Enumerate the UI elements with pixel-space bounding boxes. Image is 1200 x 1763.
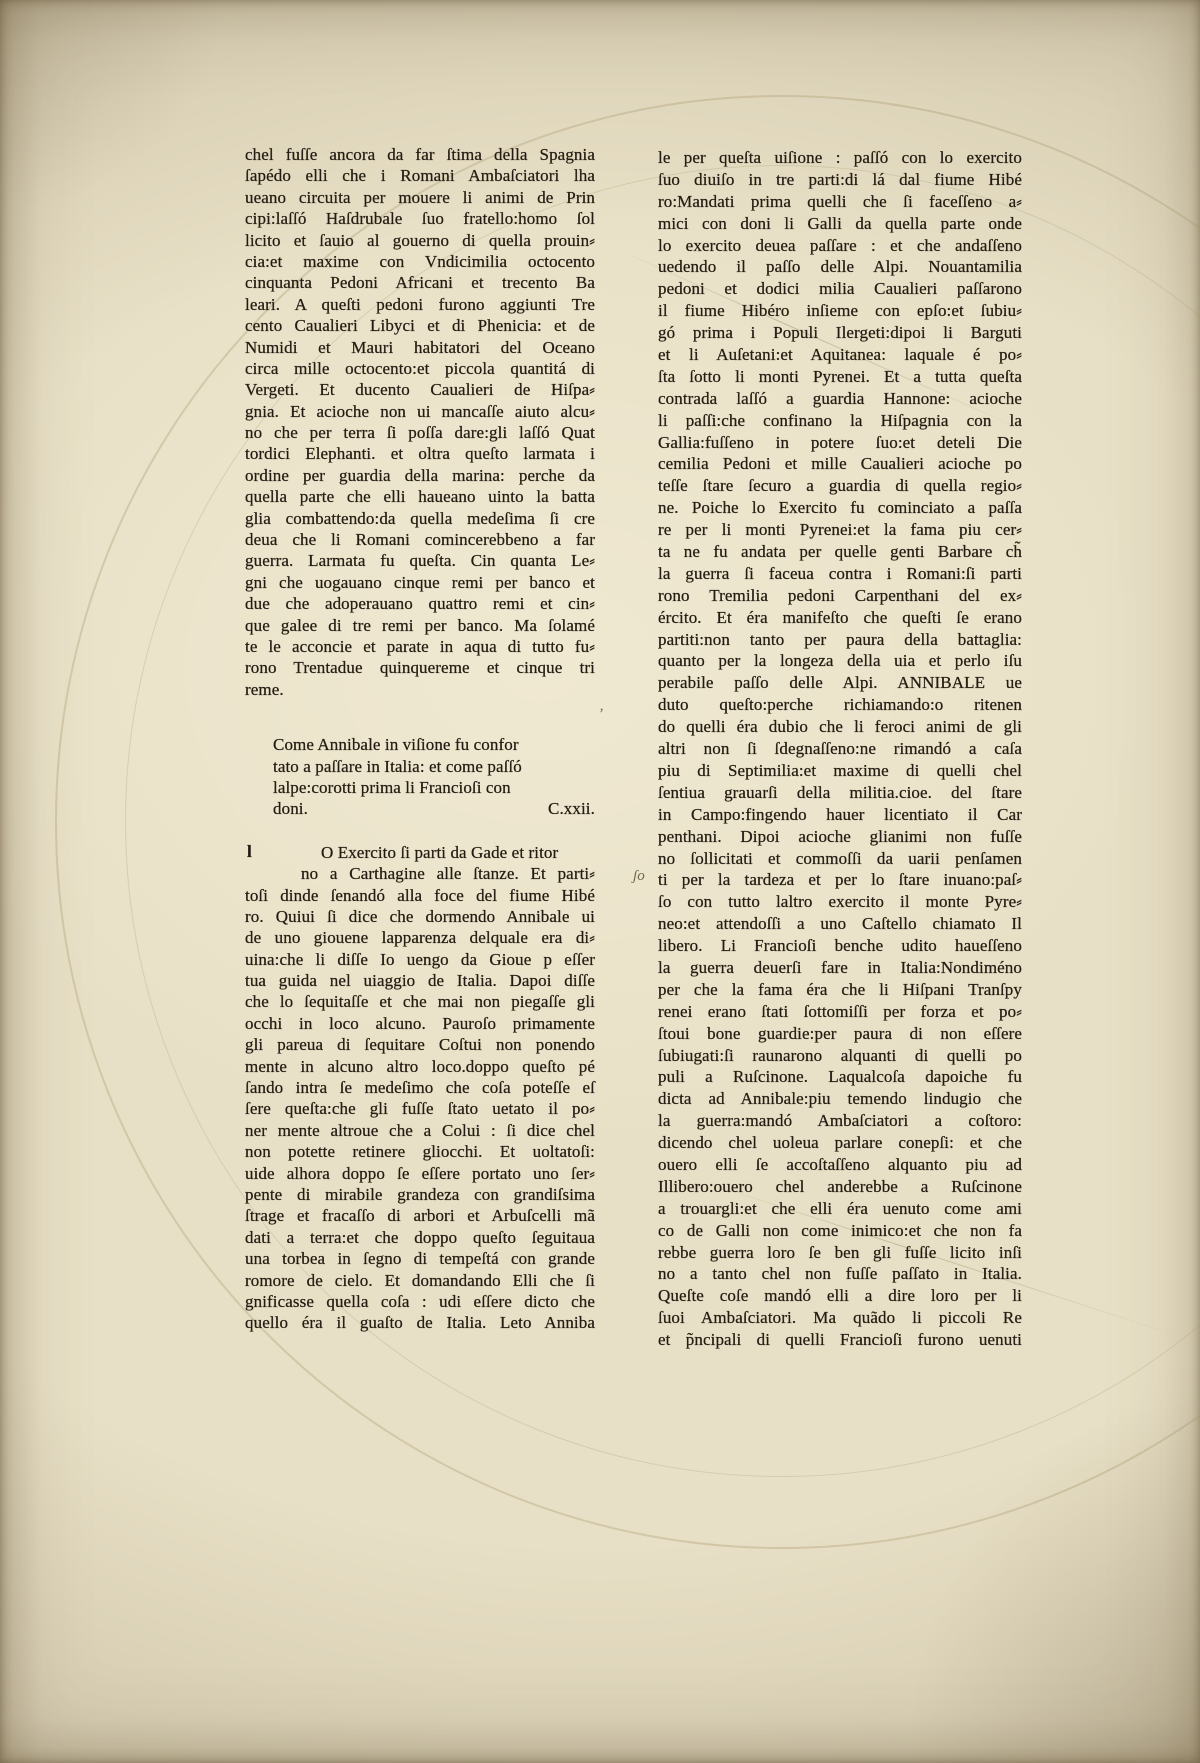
text-line: quella parte che elli haueano uinto la b… xyxy=(245,486,595,507)
text-line: Illibero:ouero chel anderebbe a Ruſcinon… xyxy=(658,1176,1022,1198)
text-line: la guerra deuerſi fare in Italia:Nondimé… xyxy=(658,957,1022,979)
text-line: ſta ſotto li monti Pyrenei. Et a tutta q… xyxy=(658,366,1022,388)
right-column-lines: le per queſta uiſione : paſſó con lo exe… xyxy=(658,147,1022,1351)
text-line: uide alhora doppo ſe eſſere portato uno … xyxy=(245,1163,595,1184)
text-line: le per queſta uiſione : paſſó con lo exe… xyxy=(658,147,1022,169)
chapter-heading-last-line: doni. C.xxii. xyxy=(273,798,595,819)
text-line: ſere queſta:che gli fuſſe ſtato uetato i… xyxy=(245,1098,595,1119)
marginal-mark: ʃo xyxy=(633,868,645,885)
blind-stamp-outer-circle xyxy=(55,95,1200,1549)
text-line: ſo con tutto laltro exercito il monte Py… xyxy=(658,891,1022,913)
text-line: mente in alcuno altro loco.doppo queſto … xyxy=(245,1056,595,1077)
text-line: guerra. Larmata fu queſta. Cin quanta Le… xyxy=(245,550,595,571)
right-column: le per queſta uiſione : paſſó con lo exe… xyxy=(658,147,1022,1351)
text-line: uina:che li diſſe Io uengo da Gioue p eſ… xyxy=(245,949,595,970)
text-line: ército. Et éra manifeſto che queſti ſe e… xyxy=(658,607,1022,629)
paragraph-lines: toſi dinde ſenandó alla foce del fiume H… xyxy=(245,885,595,1334)
text-line: cipi:laſſó Haſdrubale ſuo fratello:homo … xyxy=(245,208,595,229)
text-line: toſi dinde ſenandó alla foce del fiume H… xyxy=(245,885,595,906)
book-page-scan: chel fuſſe ancora da far ſtima della Spa… xyxy=(0,0,1200,1763)
text-line: cento Caualieri Libyci et di Phenicia: e… xyxy=(245,315,595,336)
text-line: puli a Ruſcinone. Laqualcoſa dapoiche fu xyxy=(658,1066,1022,1088)
chapter-paragraph: l O Exercito ſi parti da Gade et ritor n… xyxy=(245,842,595,1334)
text-line: che lo ſequitaſſe et che mai non piegaſſ… xyxy=(245,991,595,1012)
text-line: rebbe guerra loro ſe ben gli fuſſe licit… xyxy=(658,1242,1022,1264)
text-line: ſuo diuiſo in tre parti:di lá dal fiume … xyxy=(658,169,1022,191)
text-line: ueano circuita per mouere li animi de Pr… xyxy=(245,187,595,208)
text-line: ro:Mandati prima quelli che ſi faceſſeno… xyxy=(658,191,1022,213)
text-line: ſuoi Ambaſciatori. Ma quãdo li piccoli R… xyxy=(658,1307,1022,1329)
text-line: gni che uogauano cinque remi per banco e… xyxy=(245,572,595,593)
text-line: ſtrage et fracaſſo di arbori et Arbuſcel… xyxy=(245,1205,595,1226)
text-line: gli pareua di ſequitare Coſtui non ponen… xyxy=(245,1034,595,1055)
text-line: dicta ad Annibale:piu temendo lindugio c… xyxy=(658,1088,1022,1110)
text-line: leari. A queſti pedoni furono aggiunti T… xyxy=(245,294,595,315)
text-line: ſtoui bone guardie:per paura di non eſſe… xyxy=(658,1023,1022,1045)
text-line: ta ne fu andata per quelle genti Barbare… xyxy=(658,541,1022,563)
text-line: ſentiua grauarſi della militia.cioe. del… xyxy=(658,782,1022,804)
text-line: no ſollicitati et commoſſi da uarii penſ… xyxy=(658,848,1022,870)
text-line: ordine per guardia della marina: perche … xyxy=(245,465,595,486)
text-line: cinquanta Pedoni Africani et trecento Ba xyxy=(245,272,595,293)
text-line: a trouargli:et che elli éra uenuto come … xyxy=(658,1198,1022,1220)
chapter-number: C.xxii. xyxy=(548,798,595,819)
text-line: una torbea in ſegno di tempeſtá con gran… xyxy=(245,1248,595,1269)
text-line: re per li monti Pyrenei:et la fama piu c… xyxy=(658,519,1022,541)
text-line: circa mille octocento:et piccola quantit… xyxy=(245,358,595,379)
text-line: ſando intra ſe medeſimo che coſa poteſſe… xyxy=(245,1077,595,1098)
text-line: lalpe:corotti prima li Francioſi con xyxy=(273,777,595,798)
text-line: dati a terra:et che doppo queſto ſeguita… xyxy=(245,1227,595,1248)
text-line: et p̃ncipali di quelli Francioſi furono … xyxy=(658,1329,1022,1351)
text-line: co de Galli non come inimico:et che non … xyxy=(658,1220,1022,1242)
text-line: pente di mirabile grandeza con grandiſsi… xyxy=(245,1184,595,1205)
text-line: piu di Septimilia:et maxime di quelli ch… xyxy=(658,760,1022,782)
left-column: chel fuſſe ancora da far ſtima della Spa… xyxy=(245,144,595,1334)
text-line: quello éra il guaſto de Italia. Leto Ann… xyxy=(245,1312,595,1333)
text-line: mici con doni li Galli da quella parte o… xyxy=(658,213,1022,235)
text-line: occhi in loco alcuno. Pauroſo primamente xyxy=(245,1013,595,1034)
text-line: te le acconcie et parate in aqua di tutt… xyxy=(245,636,595,657)
text-line: teſſe ſtare ſecuro a guardia di quella r… xyxy=(658,475,1022,497)
text-line: altri non ſi ſdegnaſſeno:ne rimandó a ca… xyxy=(658,738,1022,760)
text-line: Numidi et Mauri habitatori del Oceano xyxy=(245,337,595,358)
text-line: il fiume Hibéro inſieme con epſo:et ſubi… xyxy=(658,300,1022,322)
text-line: penthani. Dipoi acioche glianimi non fuſ… xyxy=(658,826,1022,848)
text-line: ſubiugati:ſi raunarono alquanti di quell… xyxy=(658,1045,1022,1067)
text-line: per che la fama éra che li Hiſpani Tranſ… xyxy=(658,979,1022,1001)
text-line: in Campo:fingendo hauer licentiato il Ca… xyxy=(658,804,1022,826)
text-line: Vergeti. Et ducento Caualieri de Hiſpa⸗ xyxy=(245,379,595,400)
text-line: duto queſto:perche richiamando:o ritenen xyxy=(658,694,1022,716)
text-line: uedendo il paſſo delle Alpi. Nouantamili… xyxy=(658,256,1022,278)
text-line: Gallia:fuſſeno in potere ſuo:et deteli D… xyxy=(658,432,1022,454)
marginal-mark: ’ xyxy=(598,706,603,723)
text-line: ne. Poiche lo Exercito fu cominciato a p… xyxy=(658,497,1022,519)
text-line: ti per la tardeza et per lo ſtare inuano… xyxy=(658,869,1022,891)
text-line: gnia. Et acioche non ui mancaſſe aiuto a… xyxy=(245,401,595,422)
text-line: renei erano ſtati ſottomiſſi per forza e… xyxy=(658,1001,1022,1023)
text-line: do quelli éra dubio che li feroci animi … xyxy=(658,716,1022,738)
text-line: contrada laſſó a guardia Hannone: acioch… xyxy=(658,388,1022,410)
chapter-heading: Come Annibale in viſione fu confortato a… xyxy=(273,734,595,820)
text-line: tato a paſſare in Italia: et come paſſó xyxy=(273,756,595,777)
text-line: dicendo chel uoleua parlare conepſi: et … xyxy=(658,1132,1022,1154)
text-line: romore de cielo. Et domandando Elli che … xyxy=(245,1270,595,1291)
text-line: neo:et attendoſſi a uno Caſtello chiamat… xyxy=(658,913,1022,935)
text-line: cia:et maxime con Vndicimilia octocento xyxy=(245,251,595,272)
text-line: cemilia Pedoni et mille Caualieri acioch… xyxy=(658,453,1022,475)
text-line: et li Auſetani:et Aquitanea: laquale é p… xyxy=(658,344,1022,366)
text-line: rono Trentadue quinquereme et cinque tri xyxy=(245,657,595,678)
text-line: rono Tremilia pedoni Carpenthani del ex⸗ xyxy=(658,585,1022,607)
chapter-heading-lines: Come Annibale in viſione fu confortato a… xyxy=(273,734,595,798)
text-line: no che per terra ſi poſſa dare:gli laſſó… xyxy=(245,422,595,443)
text-line: gnificasse quella coſa : udi eſſere dict… xyxy=(245,1291,595,1312)
text-line: ſapédo elli che i Romani Ambaſciatori lh… xyxy=(245,165,595,186)
text-line: perabile paſſo delle Alpi. ANNIBALE ue xyxy=(658,672,1022,694)
left-intro-block: chel fuſſe ancora da far ſtima della Spa… xyxy=(245,144,595,679)
text-line: deua che li Romani comincerebbeno a far xyxy=(245,529,595,550)
text-line: li paſſi:che confinano la Hiſpagnia con … xyxy=(658,410,1022,432)
text-line: ouero elli ſe accoſtaſſeno alquanto piu … xyxy=(658,1154,1022,1176)
paragraph-first-line: O Exercito ſi parti da Gade et ritor xyxy=(245,842,595,863)
text-line: quanto per la longeza della uia et perlo… xyxy=(658,650,1022,672)
paragraph-second-line: no a Carthagine alle ſtanze. Et parti⸗ xyxy=(245,863,595,884)
text-line: tordici Elephanti. et oltra queſto larma… xyxy=(245,443,595,464)
text-line: partiti:non tanto per paura della battag… xyxy=(658,629,1022,651)
text-line: ro. Quiui ſi dice che dormendo Annibale … xyxy=(245,906,595,927)
text-line: due che adoperauano quattro remi et cin⸗ xyxy=(245,593,595,614)
text-line: licito et ſauio al gouerno di quella pro… xyxy=(245,230,595,251)
text-line: glia combattendo:da quella medeſima ſi c… xyxy=(245,508,595,529)
text-line: la guerra ſi faceua contra i Romani:ſi p… xyxy=(658,563,1022,585)
text-line: gó prima i Populi Ilergeti:dipoi li Barg… xyxy=(658,322,1022,344)
chapter-heading-end: doni. xyxy=(273,798,308,819)
text-line: de uno giouene lapparenza delquale era d… xyxy=(245,927,595,948)
text-line: pedoni et dodici milia Caualieri paſſaro… xyxy=(658,278,1022,300)
text-line: la guerra:mandó Ambaſciatori a coſtoro: xyxy=(658,1110,1022,1132)
text-line: tua guida nel uiaggio de Italia. Dapoi d… xyxy=(245,970,595,991)
text-line: lo exercito deuea paſſare : et che andaſ… xyxy=(658,235,1022,257)
initial-guide-letter: l xyxy=(247,842,252,862)
text-line: que galee di tre remi per banco. Ma ſola… xyxy=(245,615,595,636)
text-line: ner mente altroue che a Colui : ſi dice … xyxy=(245,1120,595,1141)
text-line: libero. Li Francioſi benche udito haueſſ… xyxy=(658,935,1022,957)
text-line: non potette retinere gliocchi. Et uoltat… xyxy=(245,1141,595,1162)
text-line: no a tanto chel non fuſſe paſſato in Ita… xyxy=(658,1263,1022,1285)
left-intro-last-line: reme. xyxy=(245,679,595,700)
text-line: chel fuſſe ancora da far ſtima della Spa… xyxy=(245,144,595,165)
text-line: Queſte coſe mandó elli a dire loro per l… xyxy=(658,1285,1022,1307)
text-line: Come Annibale in viſione fu confor xyxy=(273,734,595,755)
